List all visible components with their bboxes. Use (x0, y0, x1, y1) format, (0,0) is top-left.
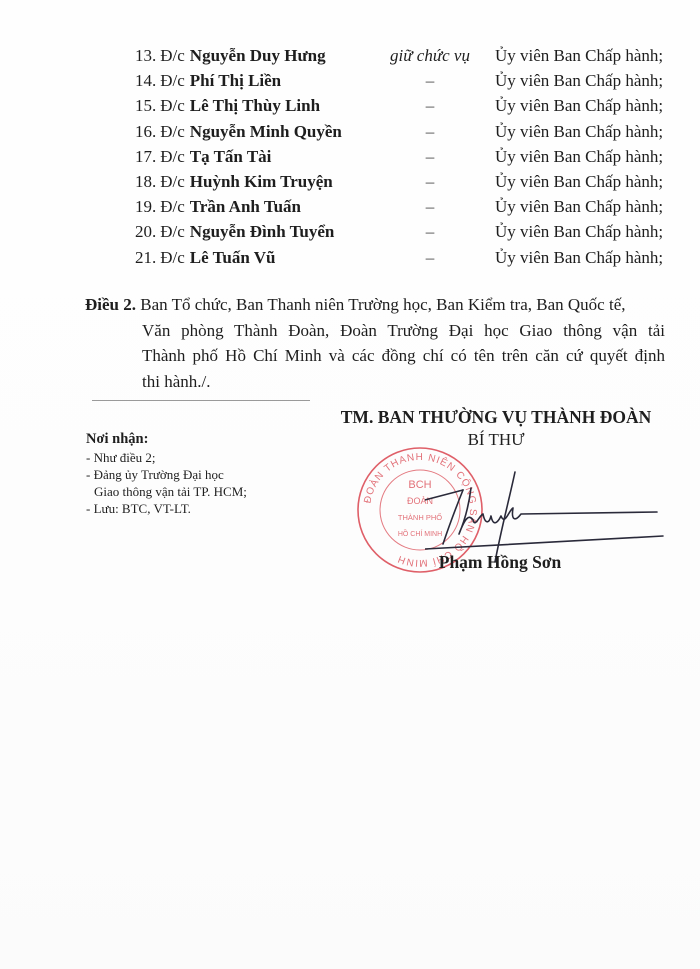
recipient-item: Giao thông vận tải TP. HCM; (86, 483, 247, 500)
member-prefix: Đ/c (160, 222, 185, 241)
article-text-line: thi hành./. (85, 369, 665, 395)
member-row: 17.Đ/cTạ Tấn Tài–Ủy viên Ban Chấp hành; (135, 145, 271, 169)
member-role-note: giữ chức vụ (375, 44, 485, 68)
recipient-item: - Đảng ủy Trường Đại học (86, 466, 247, 483)
member-name: Lê Tuấn Vũ (190, 248, 276, 267)
member-number: 15. (135, 94, 156, 118)
member-row: 15.Đ/cLê Thị Thùy Linh–Ủy viên Ban Chấp … (135, 94, 320, 118)
member-number: 20. (135, 220, 156, 244)
member-position: Ủy viên Ban Chấp hành; (495, 145, 663, 169)
member-name: Nguyễn Duy Hưng (190, 46, 326, 65)
member-prefix: Đ/c (160, 122, 185, 141)
signer-name: Phạm Hồng Sơn (420, 552, 580, 573)
recipients-block: Nơi nhận: - Như điều 2; - Đảng ủy Trường… (86, 431, 247, 517)
member-role-note: – (375, 94, 485, 118)
article-text-line: Ban Tổ chức, Ban Thanh niên Trường học, … (140, 295, 625, 314)
member-role-note: – (375, 145, 485, 169)
member-row: 14.Đ/cPhí Thị Liền–Ủy viên Ban Chấp hành… (135, 69, 281, 93)
member-row: 19.Đ/cTrần Anh Tuấn–Ủy viên Ban Chấp hàn… (135, 195, 301, 219)
member-position: Ủy viên Ban Chấp hành; (495, 44, 663, 68)
member-prefix: Đ/c (160, 71, 185, 90)
divider-line (92, 400, 310, 401)
member-role-note: – (375, 120, 485, 144)
member-position: Ủy viên Ban Chấp hành; (495, 246, 663, 270)
member-row: 13.Đ/cNguyễn Duy Hưnggiữ chức vụỦy viên … (135, 44, 326, 68)
member-prefix: Đ/c (160, 96, 185, 115)
member-position: Ủy viên Ban Chấp hành; (495, 94, 663, 118)
member-prefix: Đ/c (160, 46, 185, 65)
member-row: 21.Đ/cLê Tuấn Vũ–Ủy viên Ban Chấp hành; (135, 246, 276, 270)
member-role-note: – (375, 220, 485, 244)
member-row: 20.Đ/cNguyễn Đình Tuyển–Ủy viên Ban Chấp… (135, 220, 334, 244)
document-page: 13.Đ/cNguyễn Duy Hưnggiữ chức vụỦy viên … (0, 0, 700, 969)
signer-organization: TM. BAN THƯỜNG VỤ THÀNH ĐOÀN (326, 407, 666, 428)
member-name: Tạ Tấn Tài (190, 147, 272, 166)
member-name: Trần Anh Tuấn (190, 197, 301, 216)
member-position: Ủy viên Ban Chấp hành; (495, 120, 663, 144)
recipient-item: - Như điều 2; (86, 449, 247, 466)
member-role-note: – (375, 195, 485, 219)
member-number: 18. (135, 170, 156, 194)
recipient-item: - Lưu: BTC, VT-LT. (86, 500, 247, 517)
member-name: Nguyễn Minh Quyền (190, 122, 342, 141)
member-number: 17. (135, 145, 156, 169)
member-number: 16. (135, 120, 156, 144)
member-prefix: Đ/c (160, 248, 185, 267)
member-number: 19. (135, 195, 156, 219)
member-prefix: Đ/c (160, 197, 185, 216)
member-number: 14. (135, 69, 156, 93)
member-name: Nguyễn Đình Tuyển (190, 222, 335, 241)
member-name: Lê Thị Thùy Linh (190, 96, 320, 115)
article-text-line: Văn phòng Thành Đoàn, Đoàn Trường Đại họ… (85, 318, 665, 344)
member-role-note: – (375, 69, 485, 93)
member-position: Ủy viên Ban Chấp hành; (495, 69, 663, 93)
article-text-line: Thành phố Hồ Chí Minh và các đồng chí có… (85, 343, 665, 369)
member-position: Ủy viên Ban Chấp hành; (495, 220, 663, 244)
member-row: 16.Đ/cNguyễn Minh Quyền–Ủy viên Ban Chấp… (135, 120, 342, 144)
article-2-first-line: Điều 2. Ban Tổ chức, Ban Thanh niên Trườ… (85, 292, 665, 318)
member-row: 18.Đ/cHuỳnh Kim Truyện–Ủy viên Ban Chấp … (135, 170, 333, 194)
bleed-through-text (70, 35, 74, 53)
member-name: Huỳnh Kim Truyện (190, 172, 333, 191)
recipients-title: Nơi nhận: (86, 431, 247, 448)
article-2: Điều 2. Ban Tổ chức, Ban Thanh niên Trườ… (85, 292, 665, 394)
member-role-note: – (375, 170, 485, 194)
member-position: Ủy viên Ban Chấp hành; (495, 195, 663, 219)
member-number: 21. (135, 246, 156, 270)
member-prefix: Đ/c (160, 147, 185, 166)
article-label: Điều 2. (85, 295, 136, 314)
member-position: Ủy viên Ban Chấp hành; (495, 170, 663, 194)
member-role-note: – (375, 246, 485, 270)
member-prefix: Đ/c (160, 172, 185, 191)
member-number: 13. (135, 44, 156, 68)
member-name: Phí Thị Liền (190, 71, 281, 90)
